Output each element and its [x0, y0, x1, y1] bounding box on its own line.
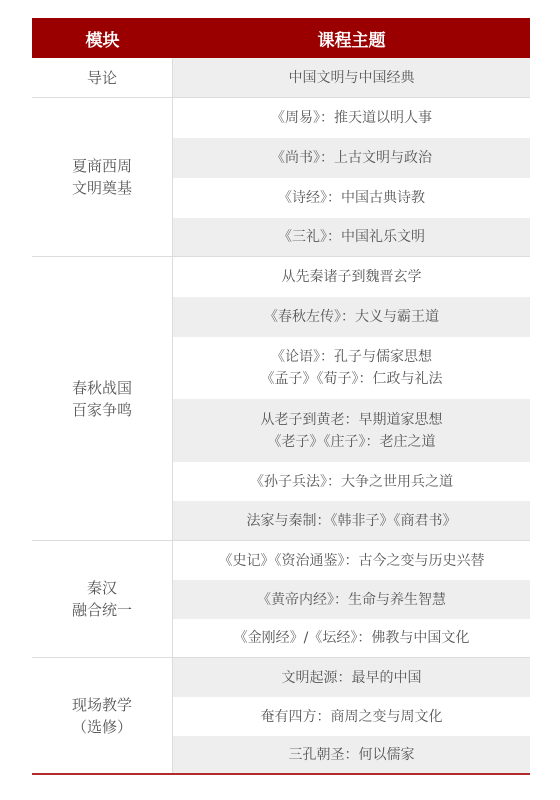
topic-list: 《史记》《资治通鉴》：古今之变与历史兴替《黄帝内经》：生命与养生智慧《金刚经》/…	[173, 541, 530, 657]
curriculum-table: 模块 课程主题 导论中国文明与中国经典夏商西周 文明奠基《周易》：推天道以明人事…	[32, 18, 530, 775]
module-label: 秦汉 融合统一	[32, 541, 173, 657]
topic-row: 《史记》《资治通鉴》：古今之变与历史兴替	[173, 541, 530, 580]
module-label: 春秋战国 百家争鸣	[32, 257, 173, 540]
topic-row: 从老子到黄老：早期道家思想 《老子》《庄子》：老庄之道	[173, 399, 530, 462]
topic-row: 《诗经》：中国古典诗教	[173, 178, 530, 218]
table-header: 模块 课程主题	[32, 18, 530, 58]
header-module: 模块	[32, 26, 173, 51]
topic-list: 文明起源：最早的中国奄有四方：商周之变与周文化三孔朝圣：何以儒家	[173, 658, 530, 773]
topic-row: 中国文明与中国经典	[173, 58, 530, 97]
module-label: 夏商西周 文明奠基	[32, 98, 173, 256]
topic-row: 《三礼》：中国礼乐文明	[173, 218, 530, 256]
topic-row: 《春秋左传》：大义与霸王道	[173, 297, 530, 337]
topic-row: 《金刚经》/《坛经》：佛教与中国文化	[173, 619, 530, 657]
module-group: 夏商西周 文明奠基《周易》：推天道以明人事《尚书》：上古文明与政治《诗经》：中国…	[32, 98, 530, 257]
topic-row: 《论语》：孔子与儒家思想 《孟子》《荀子》：仁政与礼法	[173, 337, 530, 399]
topic-list: 《周易》：推天道以明人事《尚书》：上古文明与政治《诗经》：中国古典诗教《三礼》：…	[173, 98, 530, 256]
topic-row: 文明起源：最早的中国	[173, 658, 530, 697]
header-topic: 课程主题	[173, 26, 530, 51]
topic-list: 从先秦诸子到魏晋玄学《春秋左传》：大义与霸王道《论语》：孔子与儒家思想 《孟子》…	[173, 257, 530, 540]
topic-row: 《黄帝内经》：生命与养生智慧	[173, 580, 530, 619]
topic-row: 奄有四方：商周之变与周文化	[173, 697, 530, 736]
topic-row: 《尚书》：上古文明与政治	[173, 138, 530, 178]
topic-row: 三孔朝圣：何以儒家	[173, 736, 530, 773]
topic-row: 法家与秦制：《韩非子》《商君书》	[173, 501, 530, 540]
topic-row: 《周易》：推天道以明人事	[173, 98, 530, 138]
topic-list: 中国文明与中国经典	[173, 58, 530, 97]
module-group: 春秋战国 百家争鸣从先秦诸子到魏晋玄学《春秋左传》：大义与霸王道《论语》：孔子与…	[32, 257, 530, 541]
module-group: 现场教学 （选修）文明起源：最早的中国奄有四方：商周之变与周文化三孔朝圣：何以儒…	[32, 658, 530, 775]
topic-row: 《孙子兵法》：大争之世用兵之道	[173, 462, 530, 501]
module-group: 秦汉 融合统一《史记》《资治通鉴》：古今之变与历史兴替《黄帝内经》：生命与养生智…	[32, 541, 530, 658]
topic-row: 从先秦诸子到魏晋玄学	[173, 257, 530, 297]
module-group: 导论中国文明与中国经典	[32, 58, 530, 98]
module-label: 导论	[32, 58, 173, 97]
table-body: 导论中国文明与中国经典夏商西周 文明奠基《周易》：推天道以明人事《尚书》：上古文…	[32, 58, 530, 775]
module-label: 现场教学 （选修）	[32, 658, 173, 773]
